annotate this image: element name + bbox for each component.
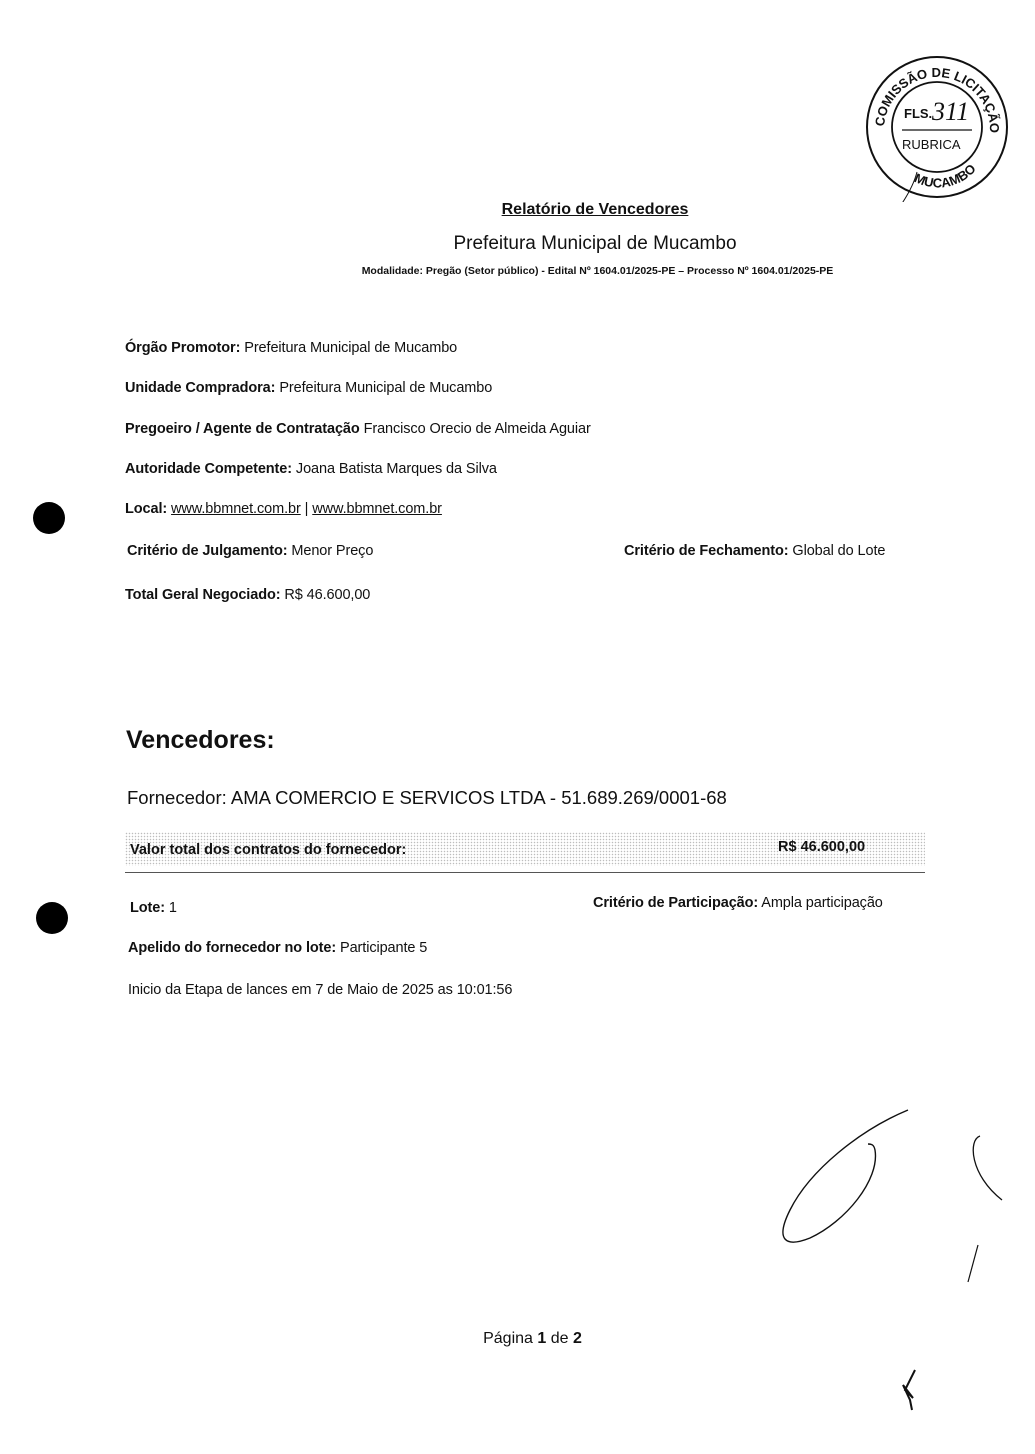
modalidade-line: Modalidade: Pregão (Setor público) - Edi… [0,265,1035,277]
orgao-promotor-label: Órgão Promotor: [125,340,240,356]
page-number: Página 1 de 2 [0,1330,1035,1348]
punch-hole-icon [33,502,65,534]
local-separator: | [305,501,309,517]
orgao-promotor: Órgão Promotor: Prefeitura Municipal de … [125,340,457,356]
fornecedor-line: Fornecedor: AMA COMERCIO E SERVICOS LTDA… [127,787,727,809]
pregoeiro-value: Francisco Orecio de Almeida Aguiar [364,421,591,437]
total-geral-label: Total Geral Negociado: [125,587,280,603]
apelido-fornecedor: Apelido do fornecedor no lote: Participa… [128,940,427,956]
apelido-label: Apelido do fornecedor no lote: [128,940,336,956]
stamp-fls-label: FLS. [904,106,932,121]
total-geral-negociado: Total Geral Negociado: R$ 46.600,00 [125,587,370,603]
autoridade-competente: Autoridade Competente: Joana Batista Mar… [125,461,497,477]
commission-stamp: COMISSÃO DE LICITAÇÃO MUCAMBO FLS. 311 R… [862,52,1012,202]
punch-hole-icon [36,902,68,934]
local: Local: www.bbmnet.com.br | www.bbmnet.co… [125,501,442,517]
page-prefix: Página [483,1330,533,1347]
pregoeiro: Pregoeiro / Agente de Contratação Franci… [125,421,591,437]
inicio-etapa-lances: Inicio da Etapa de lances em 7 de Maio d… [128,982,512,998]
report-title: Relatório de Vencedores [0,201,1035,219]
apelido-value: Participante 5 [340,940,427,956]
lote-value: 1 [169,900,177,916]
stamp-rubrica-label: RUBRICA [902,137,961,152]
criterio-julgamento-value: Menor Preço [291,543,373,559]
stamp-fls-number: 311 [931,97,969,126]
criterio-participacao-label: Critério de Participação: [593,895,758,911]
pregoeiro-label: Pregoeiro / Agente de Contratação [125,421,360,437]
local-link-1[interactable]: www.bbmnet.com.br [171,501,301,517]
page-mid: de [551,1330,569,1347]
criterio-fechamento-value: Global do Lote [792,543,885,559]
criterio-fechamento-label: Critério de Fechamento: [624,543,788,559]
autoridade-value: Joana Batista Marques da Silva [296,461,497,477]
page-total: 2 [573,1330,582,1347]
criterio-participacao: Critério de Participação: Ampla particip… [593,895,883,911]
unidade-compradora-value: Prefeitura Municipal de Mucambo [279,380,492,396]
local-label: Local: [125,501,167,517]
valor-total-label: Valor total dos contratos do fornecedor: [130,842,406,858]
criterio-participacao-value: Ampla participação [761,895,883,911]
criterio-julgamento: Critério de Julgamento: Menor Preço [127,543,373,559]
page-current: 1 [537,1330,546,1347]
lote-label: Lote: [130,900,165,916]
handwritten-signature [770,1100,1030,1430]
autoridade-label: Autoridade Competente: [125,461,292,477]
lote: Lote: 1 [130,900,177,916]
unidade-compradora-label: Unidade Compradora: [125,380,275,396]
unidade-compradora: Unidade Compradora: Prefeitura Municipal… [125,380,492,396]
section-divider [125,872,925,873]
report-subtitle: Prefeitura Municipal de Mucambo [0,233,1035,255]
local-link-2[interactable]: www.bbmnet.com.br [312,501,442,517]
criterio-fechamento: Critério de Fechamento: Global do Lote [624,543,885,559]
vencedores-heading: Vencedores: [126,726,275,755]
valor-total-value: R$ 46.600,00 [778,839,865,855]
stamp-ring-bottom: MUCAMBO [912,161,979,190]
orgao-promotor-value: Prefeitura Municipal de Mucambo [244,340,457,356]
criterio-julgamento-label: Critério de Julgamento: [127,543,287,559]
total-geral-value: R$ 46.600,00 [284,587,370,603]
